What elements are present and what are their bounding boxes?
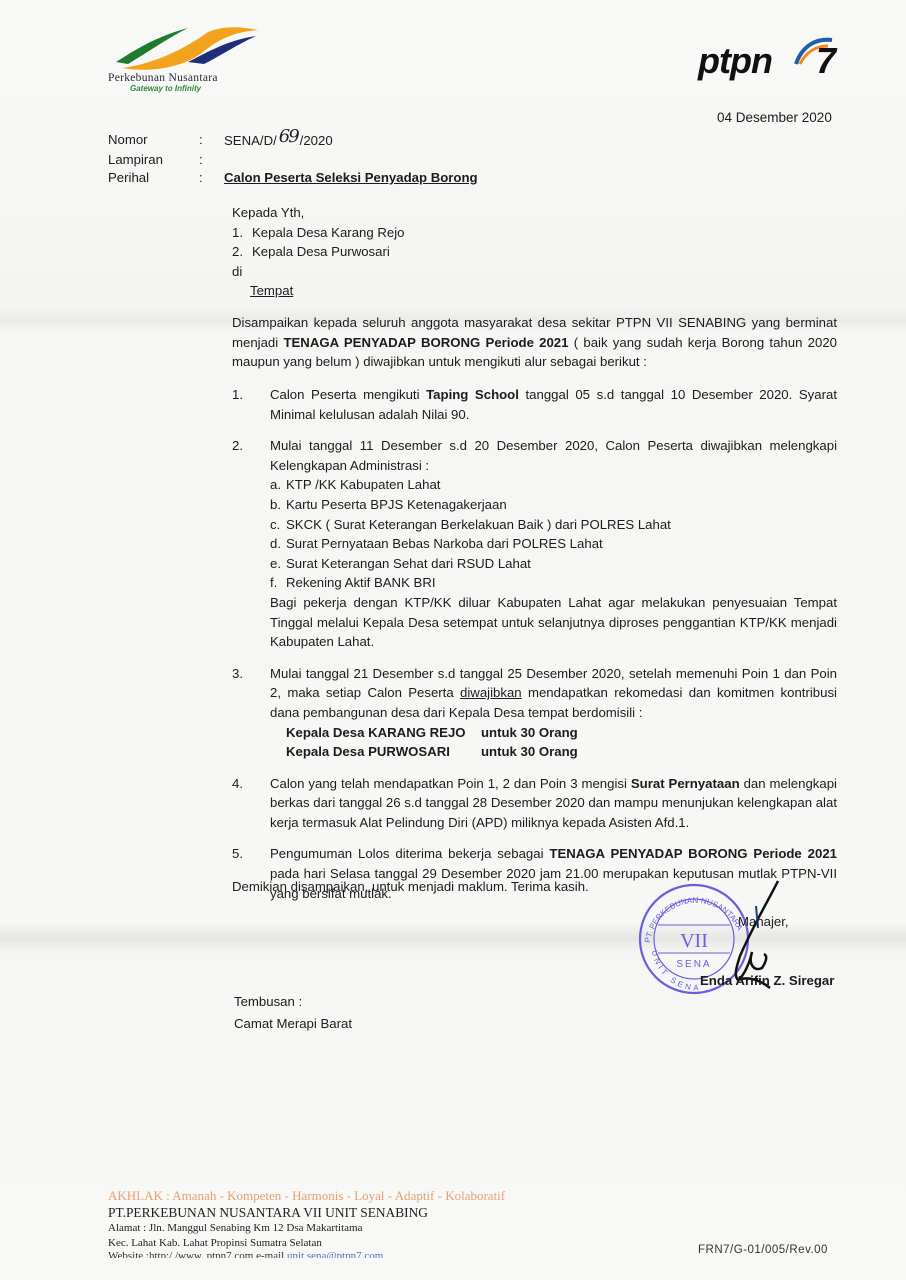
perihal-value: Calon Peserta Seleksi Penyadap Borong (224, 170, 478, 185)
requirement-item: e.Surat Keterangan Sehat dari RSUD Lahat (270, 554, 837, 574)
swoosh-logo-icon (108, 22, 268, 72)
nomor-row: Nomor : SENA/D/69/2020 (108, 131, 478, 151)
logo-tagline: Gateway to Infinity (130, 84, 201, 93)
recipient-tempat: Tempat (250, 283, 293, 298)
recipient-di: di (232, 262, 405, 282)
requirement-item: c.SKCK ( Surat Keterangan Berkelakuan Ba… (270, 515, 837, 535)
requirement-item: f.Rekening Aktif BANK BRI (270, 573, 837, 593)
procedure-item-3: 3. Mulai tanggal 21 Desember s.d tanggal… (232, 664, 837, 762)
lampiran-row: Lampiran : (108, 151, 478, 170)
handwritten-number: 69 (279, 126, 298, 147)
closing-line: Demikian disampaikan, untuk menjadi makl… (232, 879, 589, 894)
requirement-item: a.KTP /KK Kabupaten Lahat (270, 475, 837, 495)
signatory-title: Manajer, (738, 914, 789, 929)
letter-meta: Nomor : SENA/D/69/2020 Lampiran : Periha… (108, 131, 478, 188)
footer-address-1: Alamat : Jln. Manggul Senabing Km 12 Dsa… (108, 1221, 505, 1236)
footer-email-link[interactable]: unit.sena@ptpn7.com (287, 1250, 383, 1258)
form-code: FRN7/G-01/005/Rev.00 (698, 1244, 828, 1254)
lampiran-label: Lampiran (108, 151, 199, 170)
signature-block: VII SENA PT. PERKEBUNAN NUSANTARA UNIT S… (638, 876, 838, 1006)
intro-paragraph: Disampaikan kepada seluruh anggota masya… (232, 313, 837, 372)
logo-company-name: Perkebunan Nusantara (108, 72, 218, 84)
procedure-item-2: 2. Mulai tanggal 11 Desember s.d 20 Dese… (232, 436, 837, 652)
procedure-item-1: 1. Calon Peserta mengikuti Taping School… (232, 385, 837, 424)
recipient-item: 1.Kepala Desa Karang Rejo (232, 223, 405, 243)
cc-item: Camat Merapi Barat (234, 1013, 352, 1035)
procedure-list: 1. Calon Peserta mengikuti Taping School… (232, 385, 837, 915)
signatory-name: Enda Arifin Z. Siregar (700, 973, 834, 988)
greeting: Kepada Yth, (232, 203, 405, 223)
letter-footer: AKHLAK : Amanah - Kompeten - Harmonis - … (108, 1188, 505, 1258)
quota-row: Kepala Desa PURWOSARIuntuk 30 Orang (286, 742, 837, 762)
requirement-item: b.Kartu Peserta BPJS Ketenagakerjaan (270, 495, 837, 515)
akhlak-values: AKHLAK : Amanah - Kompeten - Harmonis - … (108, 1188, 505, 1204)
nomor-label: Nomor (108, 131, 199, 151)
footer-address-2: Kec. Lahat Kab. Lahat Propinsi Sumatra S… (108, 1236, 505, 1251)
nomor-value: SENA/D/69/2020 (224, 131, 333, 151)
perihal-row: Perihal : Calon Peserta Seleksi Penyadap… (108, 169, 478, 188)
procedure-item-4: 4. Calon yang telah mendapatkan Poin 1, … (232, 774, 837, 833)
ptpn7-logo: ptpn 7 (698, 36, 848, 86)
recipient-item: 2.Kepala Desa Purwosari (232, 242, 405, 262)
perkebunan-nusantara-logo: Perkebunan Nusantara Gateway to Infinity (108, 22, 268, 94)
cc-block: Tembusan : Camat Merapi Barat (234, 991, 352, 1035)
requirement-item: d.Surat Pernyataan Bebas Narkoba dari PO… (270, 534, 837, 554)
letter-date: 04 Desember 2020 (717, 110, 832, 125)
recipient-block: Kepada Yth, 1.Kepala Desa Karang Rejo 2.… (232, 203, 405, 301)
logo-word: ptpn (698, 40, 772, 82)
quota-row: Kepala Desa KARANG REJOuntuk 30 Orang (286, 723, 837, 743)
perihal-label: Perihal (108, 169, 199, 188)
cc-label: Tembusan : (234, 991, 352, 1013)
footer-website: Website :http:/ /www. ptpn7.com e-mail u… (108, 1250, 505, 1258)
footer-company: PT.PERKEBUNAN NUSANTARA VII UNIT SENABIN… (108, 1205, 505, 1221)
logo-number: 7 (816, 40, 836, 82)
requirement-note: Bagi pekerja dengan KTP/KK diluar Kabupa… (270, 593, 837, 652)
